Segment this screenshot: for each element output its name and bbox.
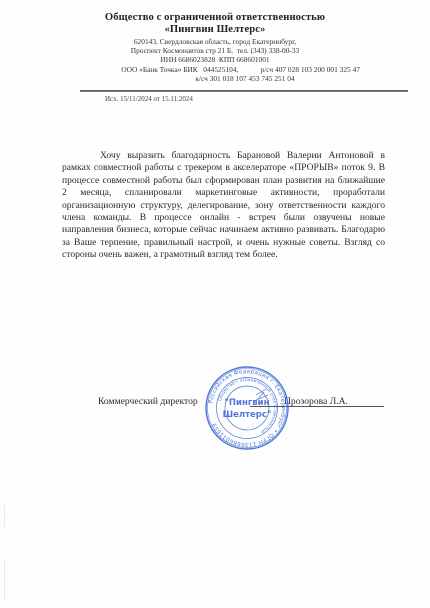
scan-artifact	[4, 505, 5, 527]
letter-page: Общество с ограниченной ответственностью…	[0, 0, 430, 608]
bank-details: ООО «Банк Точка» БИК 044525104, р/сч 407…	[0, 65, 430, 74]
corr-account: к/сч 301 018 107 453 745 251 04	[0, 74, 430, 83]
letterhead: Общество с ограниченной ответственностью…	[0, 12, 430, 83]
company-stamp-icon: Российская Федерация г. Екатеринбург • О…	[204, 365, 290, 451]
svg-text:Шелтерс": Шелтерс"	[223, 410, 272, 420]
address-line1: 620143, Свердловская область, город Екат…	[0, 37, 430, 46]
signatory-name: Прозорова Л.А.	[284, 396, 348, 407]
org-name-line1: Общество с ограниченной ответственностью	[0, 12, 430, 24]
org-name-line2: «Пингвин Шелтерс»	[0, 24, 430, 36]
svg-text:"Пингвин: "Пингвин	[224, 398, 269, 408]
address-line2: Проспект Космонавтов стр 21 Б, тел. (343…	[0, 46, 430, 55]
letter-body: Хочу выразить благодарность Барановой Ва…	[62, 150, 385, 262]
signatory-title: Коммерческий директор	[98, 396, 198, 407]
inn-kpp: ИНН 6686023828 КПП 668601001	[0, 55, 430, 64]
letterhead-separator	[80, 90, 408, 92]
scan-artifact	[4, 560, 5, 600]
outgoing-reference: Исх. 15/11/2024 от 15.11.2024	[105, 95, 193, 103]
